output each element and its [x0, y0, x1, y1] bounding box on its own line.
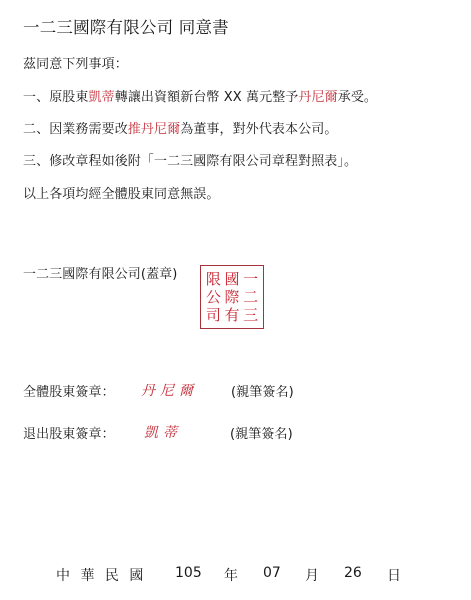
shareholder-signature-label: 全體股東簽章： [23, 381, 115, 400]
stamp-char: 一 [241, 270, 260, 288]
date-year-unit: 年 [224, 565, 238, 585]
company-stamp: 限 國 一 公 際 二 司 有 三 [200, 265, 264, 329]
item-1-prefix: 一、原股東 [23, 90, 89, 105]
item-2: 二、因業務需要改推丹尼爾為董事，對外代表本公司。 [23, 118, 337, 137]
document-title: 一二三國際有限公司 同意書 [23, 14, 229, 38]
stamp-char: 限 [204, 270, 223, 288]
date-day-unit: 日 [387, 565, 401, 585]
shareholder-signature: 丹尼爾 [141, 380, 198, 400]
stamp-char: 際 [223, 288, 242, 306]
date-month-unit: 月 [305, 565, 319, 585]
date-day: 26 [344, 565, 362, 581]
item-2-suffix: 為董事，對外代表本公司。 [180, 122, 337, 137]
stamp-char: 司 [204, 306, 223, 324]
exiting-shareholder-signature-note: (親筆簽名) [230, 423, 293, 442]
item-1: 一、原股東凱蒂轉讓出資額新台幣 XX 萬元整予丹尼爾承受。 [23, 86, 377, 105]
item-2-prefix: 二、因業務需要改 [23, 122, 128, 137]
name-daniel: 丹尼爾 [298, 90, 337, 105]
stamp-char: 國 [223, 270, 242, 288]
stamp-char: 公 [204, 288, 223, 306]
item-1-middle: 轉讓出資額新台幣 XX 萬元整予 [115, 90, 299, 105]
company-seal-label: 一二三國際有限公司(蓋章) [23, 263, 177, 282]
date-month: 07 [263, 565, 281, 581]
item-1-suffix: 承受。 [338, 90, 377, 105]
item-2-highlight: 推丹尼爾 [128, 122, 180, 137]
exiting-shareholder-signature-label: 退出股東簽章： [23, 423, 115, 442]
intro-text: 茲同意下列事項： [23, 53, 128, 72]
stamp-char: 三 [241, 306, 260, 324]
exiting-shareholder-signature: 凱蒂 [144, 422, 182, 442]
stamp-char: 有 [223, 306, 242, 324]
stamp-char: 二 [241, 288, 260, 306]
name-katie: 凱蒂 [89, 90, 115, 105]
date-year: 105 [175, 565, 202, 581]
date-era: 中 華 民 國 [56, 565, 146, 585]
closing-text: 以上各項均經全體股東同意無誤。 [23, 183, 220, 202]
item-3: 三、修改章程如後附「一二三國際有限公司章程對照表」。 [23, 150, 357, 169]
shareholder-signature-note: (親筆簽名) [231, 381, 294, 400]
